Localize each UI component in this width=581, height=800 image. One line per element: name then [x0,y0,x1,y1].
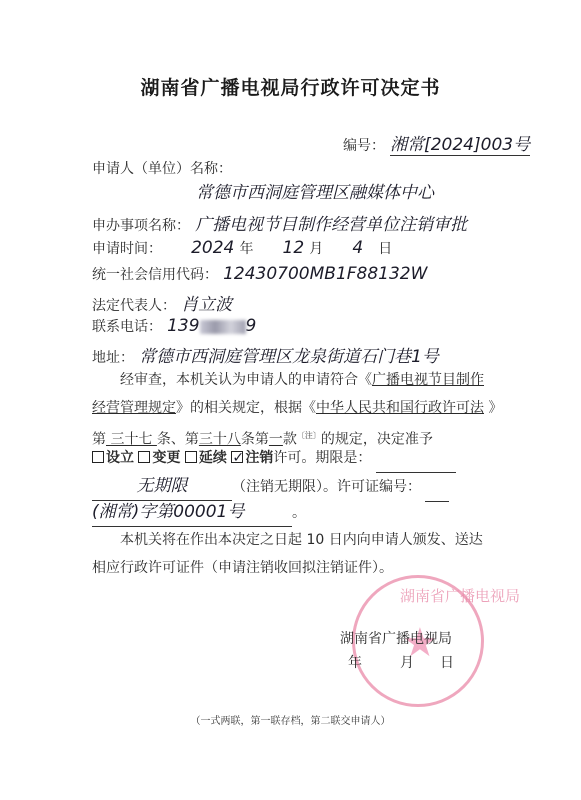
applicant-label: 申请人（单位）名称： [92,158,232,178]
text: 》的相关规定，根据《 [176,400,316,416]
sign-day: 日 [440,652,454,672]
checkbox-change[interactable] [138,451,150,463]
document-title: 湖南省广播电视局行政许可决定书 [0,73,581,100]
year-unit: 年 [239,241,253,257]
credit-code-row: 统一社会信用代码： 12430700MB1F88132W [92,264,427,284]
option-establish: 设立 [106,450,134,466]
note-mark: 〔注〕 [297,431,321,440]
issuance-paragraph: 本机关将在作出本决定之日起 10 日内向申请人颁发、送达相应行政许可证件（申请注… [92,526,496,582]
sign-month: 月 [400,652,414,672]
item-value: 广播电视节目制作经营单位注销审批 [195,215,467,235]
phone-prefix: 139 [167,316,199,336]
period: 。 [292,505,306,521]
signature-org: 湖南省广播电视局 [340,628,452,648]
legal-rep-row: 法定代表人： 肖立波 [92,290,232,315]
address-value: 常德市西洞庭管理区龙泉街道石门巷1号 [139,347,439,367]
address-row: 地址： 常德市西洞庭管理区龙泉街道石门巷1号 [92,342,439,367]
apply-time-row: 申请时间： 2024 年 12 月 4 日 [92,238,392,258]
apply-month: 12 [283,238,305,258]
phone-suffix: 9 [246,316,257,336]
sign-year: 年 [348,652,362,672]
item-row: 申办事项名称： 广播电视节目制作经营单位注销审批 [92,210,467,235]
options-row: 设立 变更 延续 注销许可。期限是： [92,444,496,473]
license-number: (湘常)字第00001号 [92,498,292,527]
legal-rep-value: 肖立波 [181,295,232,315]
option-change: 变更 [152,450,180,466]
phone-label: 联系电话： [92,319,162,335]
term-note: （注销无期限）。许可证编号： [232,479,421,495]
term-blank [376,444,456,473]
checkbox-establish[interactable] [92,451,104,463]
credit-code-label: 统一社会信用代码： [92,267,218,283]
option-renew: 延续 [199,450,227,466]
text: 经审查，本机关认为申请人的申请符合《 [120,372,372,388]
address-label: 地址： [92,350,134,366]
credit-code-value: 12430700MB1F88132W [223,264,427,284]
seal-text: 湖南省广播电视局 [400,585,520,606]
item-label: 申办事项名称： [92,218,190,234]
doc-number-label: 编号： [343,138,385,154]
apply-day: 4 [352,238,363,258]
doc-number-value: 湘常[2024]003号 [390,135,530,156]
decision-paragraph: 经审查，本机关认为申请人的申请符合《广播电视节目制作经营管理规定》的相关规定，根… [92,366,496,454]
legal-rep-label: 法定代表人： [92,298,176,314]
license-row: (湘常)字第00001号。 [92,498,496,527]
apply-year: 2024 [191,238,234,258]
term-value: 无期限 [92,472,232,501]
law-name: 中华人民共和国行政许可法 [316,400,484,416]
day-unit: 日 [378,241,392,257]
term-label: 许可。期限是： [273,450,371,466]
doc-number: 编号： 湘常[2024]003号 [343,130,530,155]
apply-time-label: 申请时间： [92,241,162,257]
month-unit: 月 [309,241,323,257]
applicant-value: 常德市西洞庭管理区融媒体中心 [196,178,434,203]
phone-redacted [200,320,246,334]
phone-row: 联系电话： 1399 [92,316,256,336]
footer-note: （一式两联，第一联存档，第二联交申请人） [0,712,581,727]
option-cancel: 注销 [245,450,273,466]
checkbox-renew[interactable] [185,451,197,463]
checkbox-cancel[interactable] [231,451,243,463]
